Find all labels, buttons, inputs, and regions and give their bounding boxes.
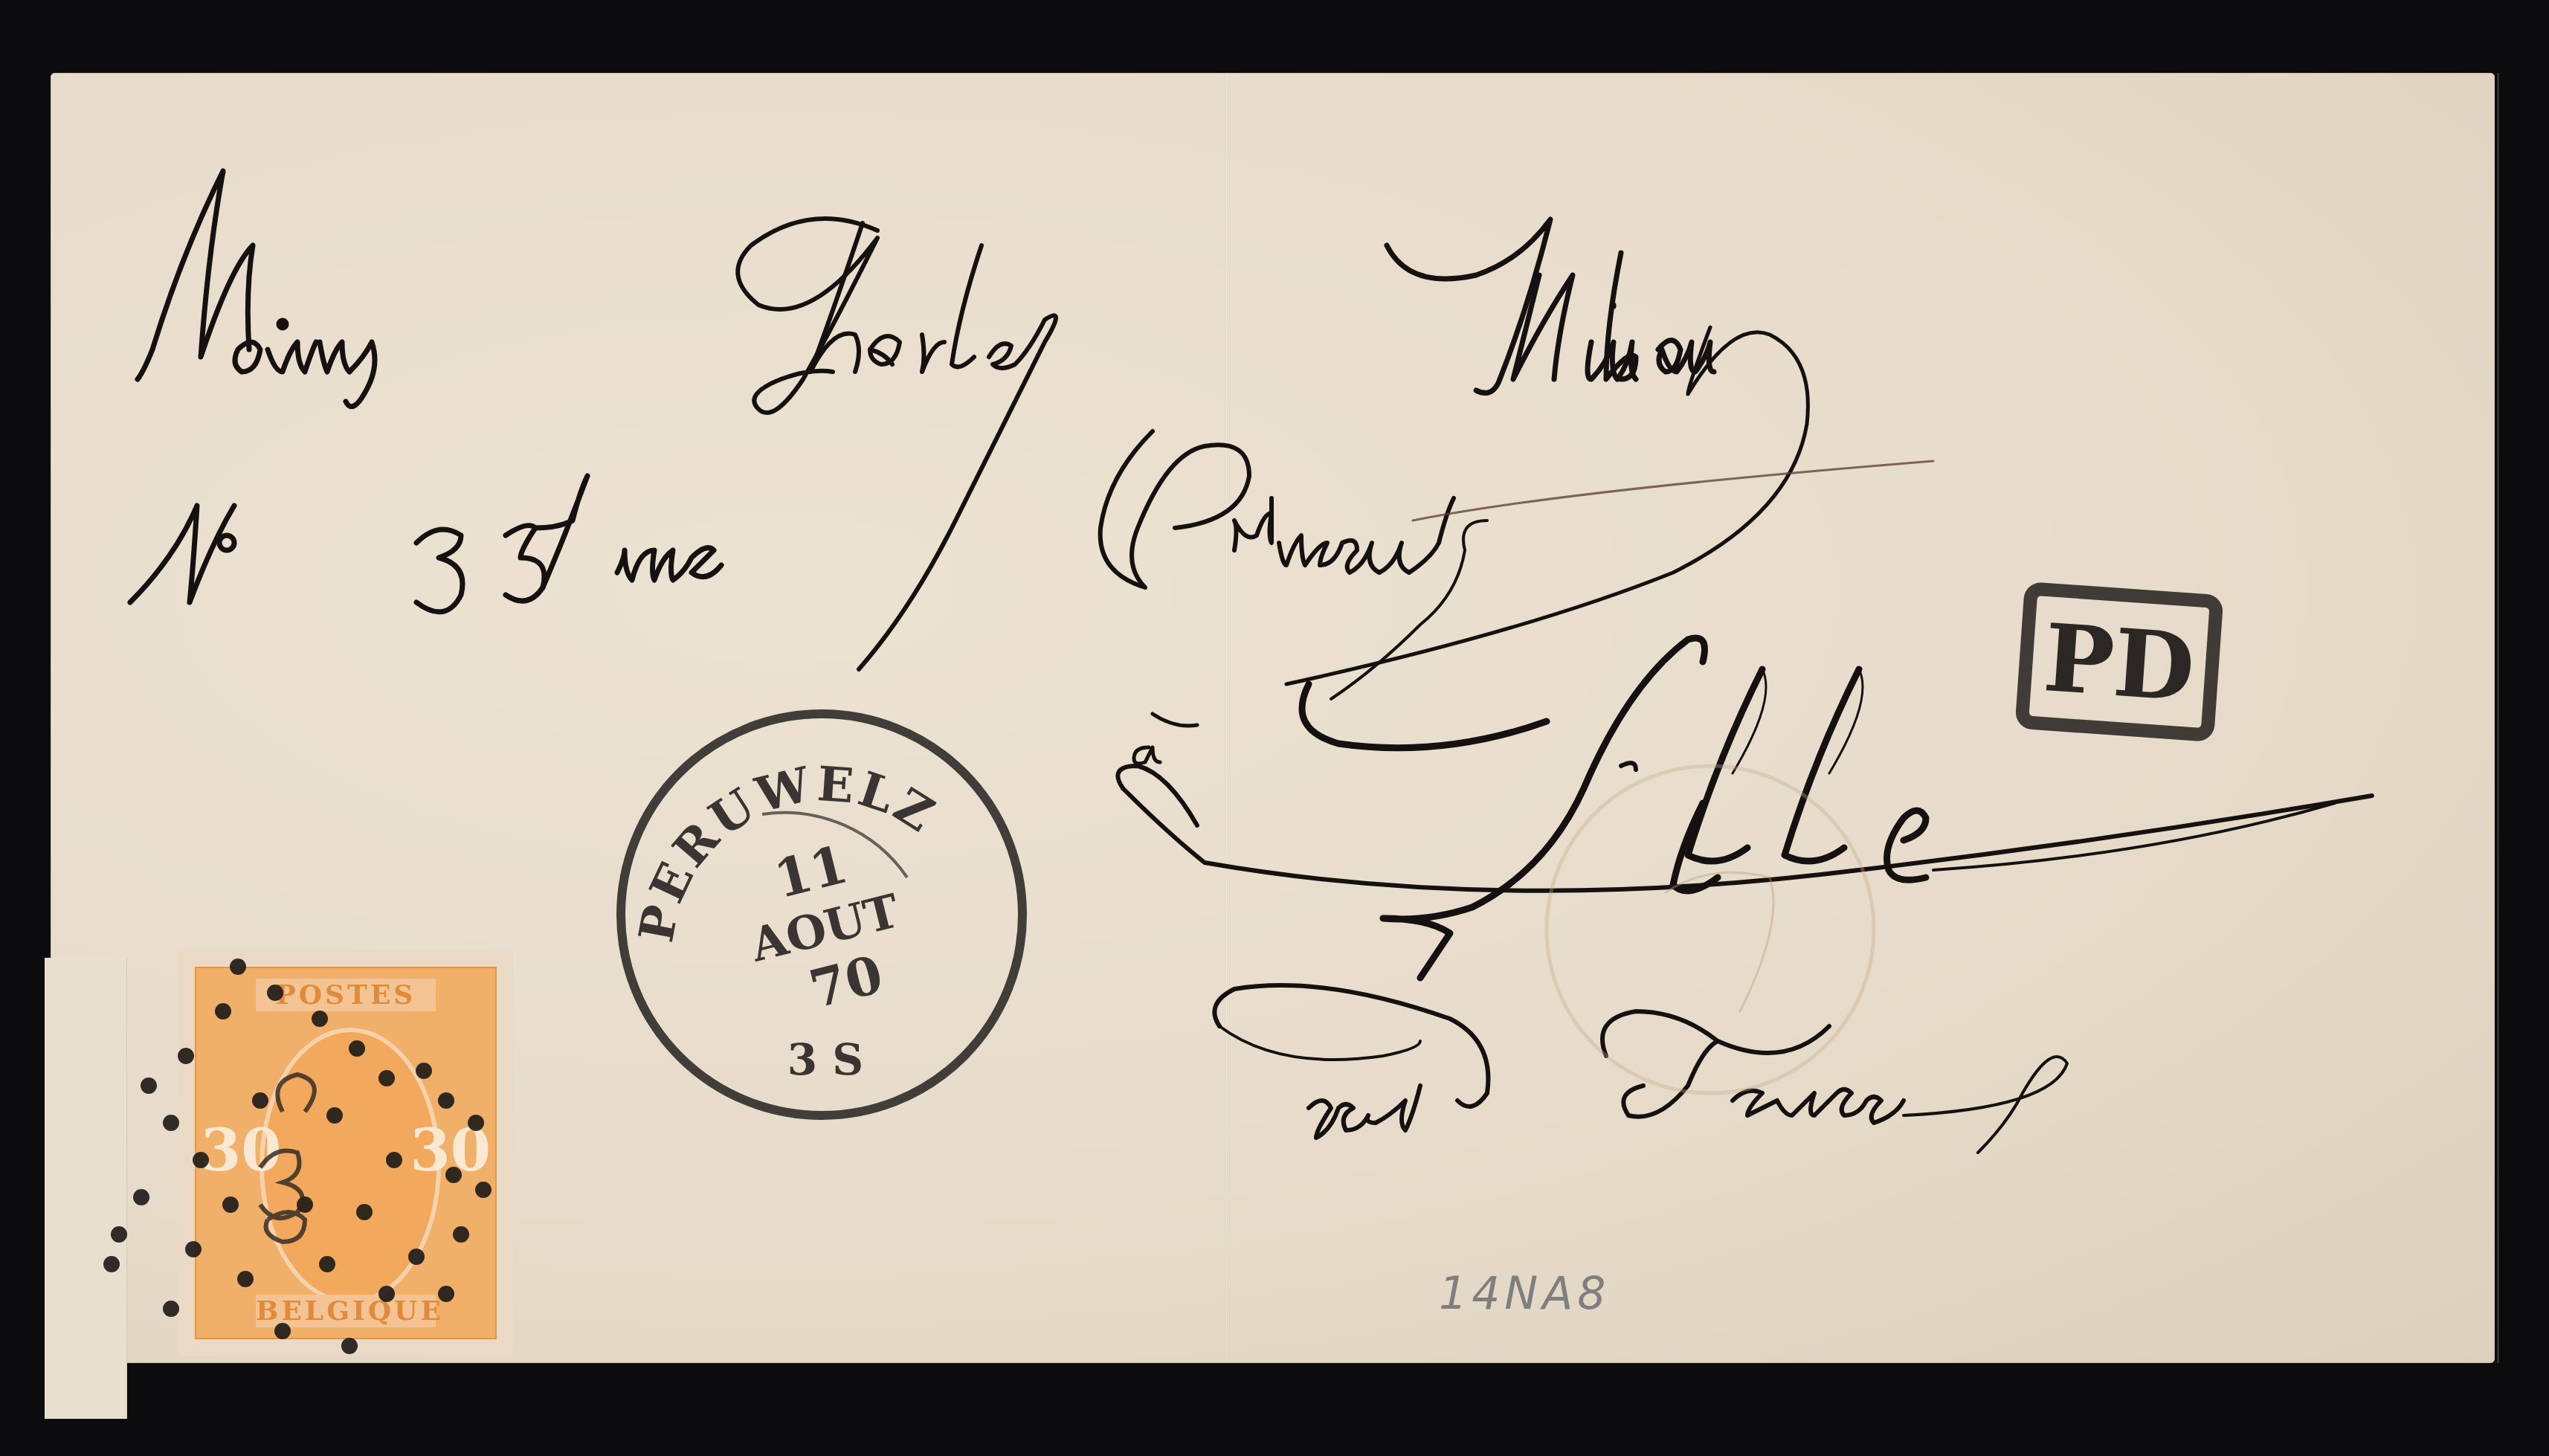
postmark-time: 3 S <box>787 1034 863 1085</box>
word-monsieur <box>138 171 375 407</box>
line-street <box>130 476 721 612</box>
word-wuibaut <box>1286 219 1808 684</box>
pd-handstamp: PD <box>2022 588 2217 735</box>
stamp-denomination-right: 30 <box>410 1117 491 1185</box>
svg-text:PD: PD <box>2040 604 2198 723</box>
pencil-note: 14NA8 <box>1439 1268 1610 1320</box>
word-charles <box>738 219 1056 669</box>
postmark-cds: PERUWELZ 11 AOUT 70 3 S <box>621 714 1022 1115</box>
postage-stamp: POSTES 30 30 BELGIQUE <box>178 950 513 1356</box>
stamp-country: BELGIQUE <box>256 1295 436 1327</box>
stamp-design: POSTES 30 30 BELGIQUE <box>195 967 497 1339</box>
stamp-header: POSTES <box>256 979 436 1011</box>
stamp-denomination-left: 30 <box>201 1117 282 1185</box>
line-nord-france <box>1214 985 2067 1153</box>
word-a <box>1134 714 1197 764</box>
word-princesse <box>1101 431 1933 699</box>
